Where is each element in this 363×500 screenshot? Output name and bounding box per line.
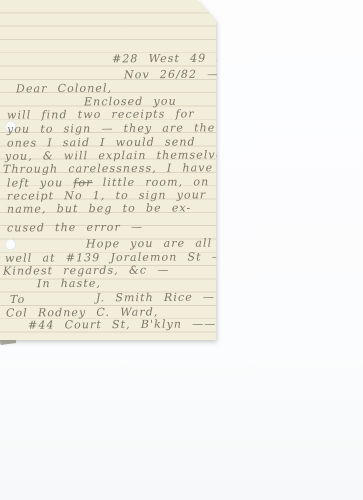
letter-paper: #28 West 49 StNov 26/82 —Dear Colonel,En… — [0, 0, 216, 340]
handwritten-line: ones I said I would send — [7, 136, 196, 149]
punch-hole — [5, 239, 16, 250]
handwritten-text: In haste, — [37, 277, 101, 290]
handwritten-text: #28 West 49 St — [112, 52, 231, 66]
handwritten-text: will find two receipts for — [7, 107, 195, 121]
handwritten-text: #44 Court St, B'klyn —— — [28, 317, 216, 331]
struck-out-word: for — [73, 176, 92, 189]
handwritten-text: Enclosed you — [84, 95, 177, 109]
handwritten-text: cused the error — — [7, 221, 143, 235]
handwritten-line: #28 West 49 St — [112, 53, 231, 66]
handwritten-text: Hope you are all — [86, 237, 212, 251]
handwritten-text: To — [10, 293, 25, 306]
handwritten-text: Kindest regards, &c — — [3, 263, 169, 277]
handwritten-text: little room, on — [93, 175, 210, 189]
handwritten-text: Nov 26/82 — — [124, 68, 219, 82]
handwritten-line: Kindest regards, &c — — [3, 264, 169, 277]
handwritten-line: name, but beg to be ex- — [7, 202, 191, 215]
handwritten-line: cused the error — — [7, 222, 143, 235]
handwritten-line: In haste, — [37, 278, 101, 290]
handwritten-text: J. Smith Rice — — [96, 291, 215, 305]
handwritten-text: you to sign — they are the — [7, 121, 215, 135]
handwritten-text: Dear Colonel, — [16, 82, 112, 96]
handwritten-line: Nov 26/82 — — [124, 69, 219, 82]
handwritten-text: well at #139 Joralemon St — – — [5, 250, 241, 265]
handwritten-line: J. Smith Rice — — [96, 292, 215, 305]
handwritten-line: Enclosed you — [84, 96, 177, 109]
handwritten-text: ones I said I would send — [7, 135, 196, 149]
handwritten-line: To — [10, 294, 25, 306]
handwritten-text: name, but beg to be ex- — [7, 201, 191, 215]
handwritten-line: #44 Court St, B'klyn —— — [28, 318, 216, 331]
handwritten-line: Hope you are all — [86, 238, 212, 251]
letter-paper-wrap: #28 West 49 StNov 26/82 —Dear Colonel,En… — [0, 0, 220, 346]
handwritten-text: left you — [7, 176, 73, 189]
handwritten-line: will find two receipts for — [7, 108, 195, 121]
handwritten-line: you to sign — they are the — [7, 122, 215, 135]
handwritten-text: Through carelessness, I have — [3, 161, 213, 175]
scanned-letter-image: #28 West 49 StNov 26/82 —Dear Colonel,En… — [0, 0, 363, 500]
handwritten-line: Dear Colonel, — [16, 83, 112, 96]
handwritten-line: Through carelessness, I have — [3, 162, 213, 175]
